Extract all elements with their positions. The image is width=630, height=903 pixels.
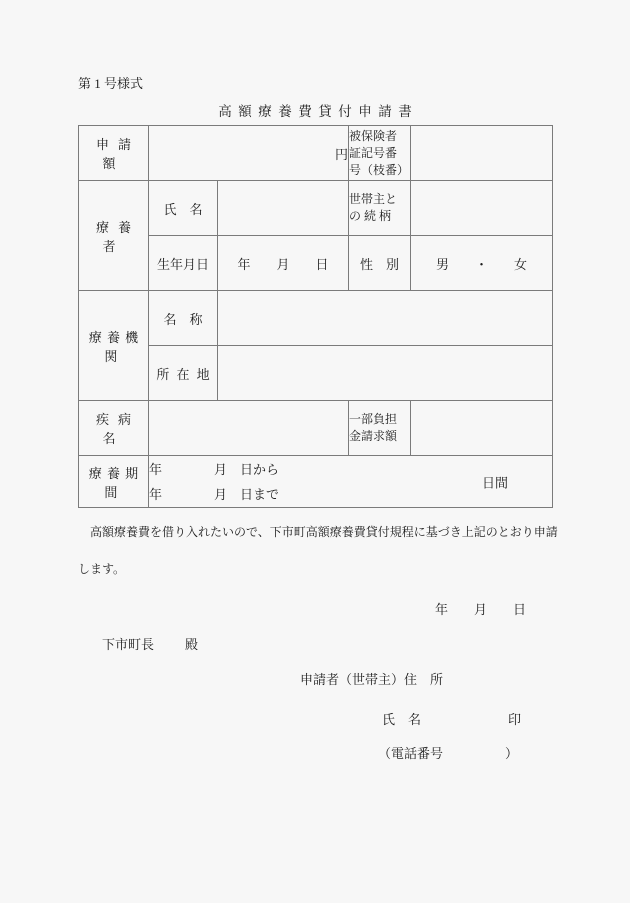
row-institution-address: 所在地 — [79, 346, 553, 401]
statement-line-2: します。 — [78, 551, 578, 588]
row-application-amount: 申請額 円 被保険者 証記号番 号（枝番） — [79, 126, 553, 181]
application-table: 申請額 円 被保険者 証記号番 号（枝番） 療養者 氏 名 世帯主と の 続 柄 — [78, 125, 553, 508]
addressee-line: 下市町長殿 — [102, 634, 198, 653]
row-disease: 疾病名 一部負担 金請求額 — [79, 401, 553, 456]
householder-relation-field — [411, 181, 553, 236]
institution-address-field — [218, 346, 553, 401]
copay-claim-label: 一部負担 金請求額 — [349, 401, 411, 456]
phone-number-line: （電話番号 ） — [378, 743, 518, 762]
document-title: 高額療養費貸付申請書 — [0, 100, 630, 120]
householder-relation-label: 世帯主と の 続 柄 — [349, 181, 411, 236]
institution-address-label: 所在地 — [149, 346, 218, 401]
patient-name-label: 氏 名 — [149, 181, 218, 236]
application-amount-field: 円 — [149, 126, 349, 181]
sex-label: 性 別 — [349, 236, 411, 291]
phone-label-open: （電話番号 — [378, 743, 443, 762]
period-label: 療養期間 — [79, 456, 149, 508]
seal-mark: 印 — [508, 709, 521, 728]
honorific-dono: 殿 — [185, 637, 198, 652]
disease-field — [149, 401, 349, 456]
insured-cert-number-field — [411, 126, 553, 181]
row-institution-name: 療養機関 名 称 — [79, 291, 553, 346]
application-statement: 高額療養費を借り入れたいので、下市町高額療養費貸付規程に基づき上記のとおり申請 … — [78, 514, 578, 588]
statement-line-1: 高額療養費を借り入れたいので、下市町高額療養費貸付規程に基づき上記のとおり申請 — [78, 514, 578, 551]
label-line: 金請求額 — [349, 428, 410, 445]
addressee-name: 下市町長 — [102, 637, 154, 652]
document-page: 第 1 号様式 高額療養費貸付申請書 申請額 円 被保険者 証記号番 号（枝番）… — [0, 0, 630, 903]
institution-label: 療養機関 — [79, 291, 149, 401]
phone-paren-close: ） — [505, 743, 518, 762]
applicant-name-line: 氏 名 印 — [382, 709, 521, 728]
period-field: 年 月 日から 年 月 日まで 日間 — [149, 456, 553, 508]
institution-name-field — [218, 291, 553, 346]
birthdate-label: 生年月日 — [149, 236, 218, 291]
sex-field: 男 ・ 女 — [411, 236, 553, 291]
row-patient-name: 療養者 氏 名 世帯主と の 続 柄 — [79, 181, 553, 236]
disease-label: 疾病名 — [79, 401, 149, 456]
patient-label: 療養者 — [79, 181, 149, 291]
row-period: 療養期間 年 月 日から 年 月 日まで 日間 — [79, 456, 553, 508]
label-line: 被保険者 — [349, 128, 410, 145]
applicant-address-label: 申請者（世帯主）住 所 — [300, 669, 443, 688]
label-line: 証記号番 — [349, 145, 410, 162]
label-line: 号（枝番） — [349, 162, 410, 179]
label-line: の 続 柄 — [349, 208, 410, 225]
yen-unit: 円 — [335, 147, 348, 162]
patient-name-field — [218, 181, 349, 236]
applicant-name-label: 氏 名 — [382, 709, 421, 728]
application-amount-label: 申請額 — [79, 126, 149, 181]
row-birthdate-sex: 生年月日 年 月 日 性 別 男 ・ 女 — [79, 236, 553, 291]
institution-name-label: 名 称 — [149, 291, 218, 346]
birthdate-field: 年 月 日 — [218, 236, 349, 291]
label-line: 世帯主と — [349, 191, 410, 208]
insured-cert-number-label: 被保険者 証記号番 号（枝番） — [349, 126, 411, 181]
label-line: 一部負担 — [349, 411, 410, 428]
form-number: 第 1 号様式 — [78, 73, 143, 92]
copay-claim-field — [411, 401, 553, 456]
days-unit: 日間 — [482, 472, 508, 491]
application-date: 年 月 日 — [435, 599, 526, 618]
